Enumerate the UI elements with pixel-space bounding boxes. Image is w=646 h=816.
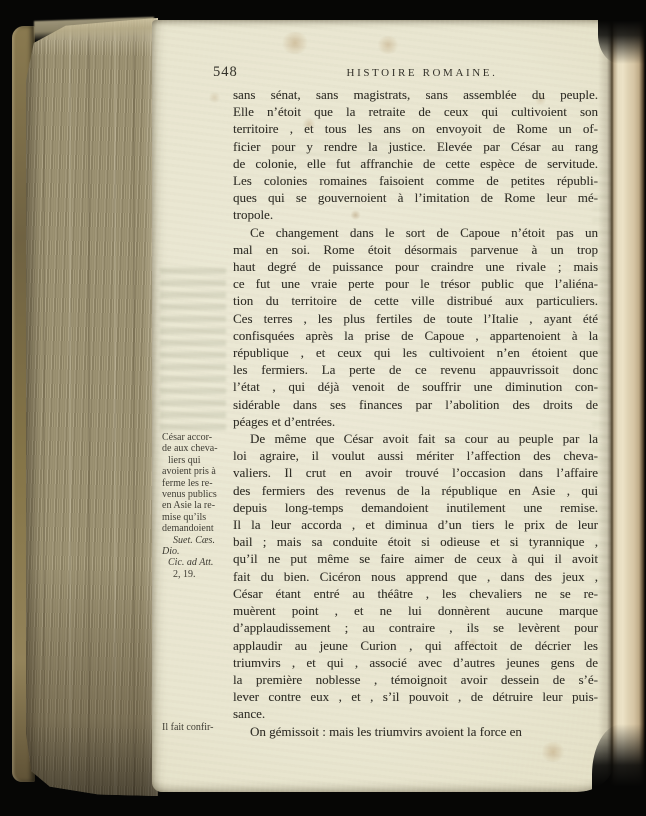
text-line: ce fut une vraie perte pour le trésor pu…: [233, 275, 598, 292]
text-line: de colonie, elle fut affranchie de cette…: [233, 155, 598, 172]
page-number: 548: [213, 64, 238, 81]
show-through-text: [160, 268, 226, 430]
text-line: ferme les re-: [162, 478, 238, 489]
text-line: Suet. Cæs.: [162, 535, 238, 546]
text-line: Les colonies romaines faisoient comme de…: [233, 172, 598, 189]
text-line: ques qui se gouvernoient à l’imitation d…: [233, 189, 598, 206]
text-line: tion du territoire de cette ville distri…: [233, 292, 598, 309]
text-line: péages et d’entrées.: [233, 413, 598, 430]
text-line: en Asie la re-: [162, 500, 238, 511]
text-line: demandoient: [162, 523, 238, 534]
text-line: Ce changement dans le sort de Capoue n’é…: [233, 224, 598, 241]
text-line: loi agraire, il voulut aussi mériter l’a…: [233, 447, 598, 464]
margin-note-chevaliers: César accor-de aux cheva-liers quiavoien…: [162, 432, 238, 580]
text-line: muèrent point , et ne lui donnèrent aucu…: [233, 602, 598, 619]
text-line: la première noblesse , témoignoit avoir …: [233, 671, 598, 688]
text-line: Il la leur accorda , et diminua d’un tie…: [233, 516, 598, 533]
foxing-spot: [280, 32, 310, 54]
text-line: Elle n’étoit que la retraite de ceux qui…: [233, 103, 598, 120]
text-line: venus publics: [162, 489, 238, 500]
text-line: lever contre eux , et , s’il pouvoit , d…: [233, 688, 598, 705]
book-page: 548 HISTOIRE ROMAINE. sans sénat, sans m…: [152, 20, 614, 792]
text-line: mise qu’ils: [162, 512, 238, 523]
text-line: fait du bien. Cicéron nous apprend que ,…: [233, 568, 598, 585]
text-line: 2, 19.: [162, 569, 238, 580]
margin-note-il-fait-confir: Il fait confir-: [162, 722, 246, 733]
text-line: qu’il ne put même se faire aimer de ceux…: [233, 550, 598, 567]
text-line: Dio.: [162, 546, 238, 557]
text-line: les fermiers. La perte de ce revenu appa…: [233, 361, 598, 378]
text-line: Ces terres , les plus fertiles de toute …: [233, 310, 598, 327]
body-text: sans sénat, sans magistrats, sans assemb…: [233, 86, 598, 740]
text-line: liers qui: [162, 455, 238, 466]
text-line: d’applaudissement ; au contraire , ils s…: [233, 619, 598, 636]
foxing-spot: [540, 742, 566, 762]
text-line: haut degré de puissance pour craindre un…: [233, 258, 598, 275]
text-line: l’état , qui déjà venoit de souffrir une…: [233, 378, 598, 395]
book-scan: { "document": { "page_number": "548", "r…: [0, 0, 646, 816]
text-line: depuis long-temps demandoient inutilemen…: [233, 499, 598, 516]
text-line: Cic. ad Att.: [162, 557, 238, 568]
text-line: des fermiers des revenus de la républiqu…: [233, 482, 598, 499]
text-line: applaudir au jeune Curion , qui affectoi…: [233, 637, 598, 654]
foxing-spot: [376, 36, 400, 54]
text-line: avoient pris à: [162, 466, 238, 477]
foxing-spot: [208, 92, 221, 103]
text-line: ficier pour y rendre la justice. Elevée …: [233, 138, 598, 155]
text-line: territoire , et tous les ans on envoyoit…: [233, 120, 598, 137]
text-line: César étant entré au théâtre , les cheva…: [233, 585, 598, 602]
text-line: valiers. Il crut en avoir trouvé l’occas…: [233, 464, 598, 481]
text-line: sidérable dans ses finances par l’abolit…: [233, 396, 598, 413]
text-line: république , et ceux qui les cultivoient…: [233, 344, 598, 361]
page-block-fore-edge: [26, 18, 158, 796]
text-line: tropole.: [233, 206, 598, 223]
text-line: On gémissoit : mais les triumvirs avoien…: [233, 723, 598, 740]
text-line: triumvirs , et qui , associé avec d’autr…: [233, 654, 598, 671]
running-title: HISTOIRE ROMAINE.: [347, 67, 498, 79]
text-line: César accor-: [162, 432, 238, 443]
text-line: Il fait confir-: [162, 722, 246, 733]
text-line: sance.: [233, 705, 598, 722]
text-line: De même que César avoit fait sa cour au …: [233, 430, 598, 447]
text-line: de aux cheva-: [162, 443, 238, 454]
text-line: mal en soi. Rome étoit désormais parvenu…: [233, 241, 598, 258]
text-line: bail ; mais sa conduite étoit si odieuse…: [233, 533, 598, 550]
text-line: confisquées après la prise de Capoue , a…: [233, 327, 598, 344]
text-line: sans sénat, sans magistrats, sans assemb…: [233, 86, 598, 103]
page-block-top-edge: [34, 17, 154, 41]
